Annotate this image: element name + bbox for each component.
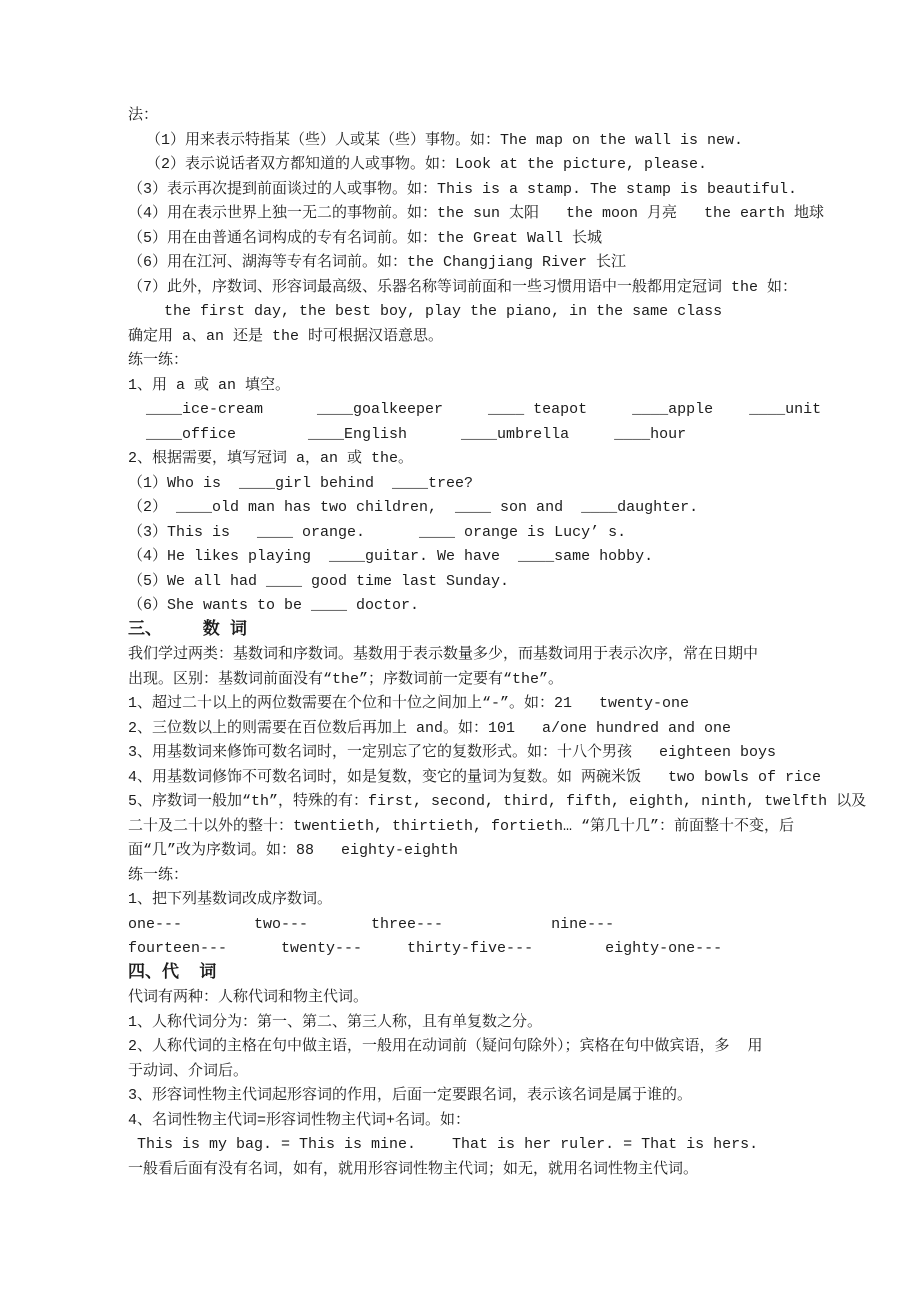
doc-line: （4）He likes playing ____guitar. We have … <box>128 545 828 570</box>
doc-line: （3）表示再次提到前面谈过的人或事物。如：This is a stamp. Th… <box>128 178 828 203</box>
doc-line: fourteen--- twenty--- thirty-five--- eig… <box>128 937 828 962</box>
section-heading: 三、 数 词 <box>128 619 828 644</box>
doc-line: 练一练： <box>128 864 828 889</box>
doc-line: This is my bag. = This is mine. That is … <box>128 1133 828 1158</box>
doc-line: （3）This is ____ orange. ____ orange is L… <box>128 521 828 546</box>
document-page: 法： （1）用来表示特指某（些）人或某（些）事物。如：The map on th… <box>0 0 920 1302</box>
doc-line: 1、把下列基数词改成序数词。 <box>128 888 828 913</box>
doc-line: （6）用在江河、湖海等专有名词前。如：the Changjiang River … <box>128 251 828 276</box>
doc-line: 面“几”改为序数词。如：88 eighty-eighth <box>128 839 828 864</box>
doc-line: 1、用 a 或 an 填空。 <box>128 374 828 399</box>
doc-line: （6）She wants to be ____ doctor. <box>128 594 828 619</box>
doc-line: 2、三位数以上的则需要在百位数后再加上 and。如：101 a/one hund… <box>128 717 828 742</box>
doc-line: 3、形容词性物主代词起形容词的作用，后面一定要跟名词，表示该名词是属于谁的。 <box>128 1084 828 1109</box>
doc-line: ____office ____English ____umbrella ____… <box>128 423 828 448</box>
doc-line: （5）We all had ____ good time last Sunday… <box>128 570 828 595</box>
doc-line: 二十及二十以外的整十：twentieth, thirtieth, fortiet… <box>128 815 828 840</box>
doc-line: （1）用来表示特指某（些）人或某（些）事物。如：The map on the w… <box>128 129 828 154</box>
doc-line: 我们学过两类：基数词和序数词。基数用于表示数量多少，而基数词用于表示次序，常在日… <box>128 643 828 668</box>
doc-line: the first day, the best boy, play the pi… <box>128 300 828 325</box>
doc-line: （4）用在表示世界上独一无二的事物前。如：the sun 太阳 the moon… <box>128 202 828 227</box>
section-heading: 四、代 词 <box>128 962 828 987</box>
doc-line: 确定用 a、an 还是 the 时可根据汉语意思。 <box>128 325 828 350</box>
doc-line: 练一练： <box>128 349 828 374</box>
doc-line: （5）用在由普通名词构成的专有名词前。如：the Great Wall 长城 <box>128 227 828 252</box>
doc-line: 一般看后面有没有名词，如有，就用形容词性物主代词；如无，就用名词性物主代词。 <box>128 1158 828 1183</box>
doc-line: 2、根据需要，填写冠词 a，an 或 the。 <box>128 447 828 472</box>
doc-line: 出现。区别：基数词前面没有“the”；序数词前一定要有“the”。 <box>128 668 828 693</box>
doc-line: one--- two--- three--- nine--- <box>128 913 828 938</box>
doc-line: 法： <box>128 104 828 129</box>
doc-line: （7）此外，序数词、形容词最高级、乐器名称等词前面和一些习惯用语中一般都用定冠词… <box>128 276 828 301</box>
doc-line: 代词有两种：人称代词和物主代词。 <box>128 986 828 1011</box>
doc-line: 5、序数词一般加“th”，特殊的有：first, second, third, … <box>128 790 828 815</box>
doc-line: （1）Who is ____girl behind ____tree? <box>128 472 828 497</box>
doc-line: （2）表示说话者双方都知道的人或事物。如：Look at the picture… <box>128 153 828 178</box>
doc-line: 于动词、介词后。 <box>128 1060 828 1085</box>
doc-line: 4、用基数词修饰不可数名词时，如是复数，变它的量词为复数。如 两碗米饭 two … <box>128 766 828 791</box>
doc-line: 4、名词性物主代词=形容词性物主代词+名词。如： <box>128 1109 828 1134</box>
doc-line: 2、人称代词的主格在句中做主语，一般用在动词前（疑问句除外）；宾格在句中做宾语，… <box>128 1035 828 1060</box>
doc-line: 3、用基数词来修饰可数名词时，一定别忘了它的复数形式。如：十八个男孩 eight… <box>128 741 828 766</box>
doc-line: 1、人称代词分为：第一、第二、第三人称，且有单复数之分。 <box>128 1011 828 1036</box>
doc-line: （2） ____old man has two children, ____ s… <box>128 496 828 521</box>
document-body: 法： （1）用来表示特指某（些）人或某（些）事物。如：The map on th… <box>128 104 828 1182</box>
doc-line: 1、超过二十以上的两位数需要在个位和十位之间加上“-”。如：21 twenty-… <box>128 692 828 717</box>
doc-line: ____ice-cream ____goalkeeper ____ teapot… <box>128 398 828 423</box>
